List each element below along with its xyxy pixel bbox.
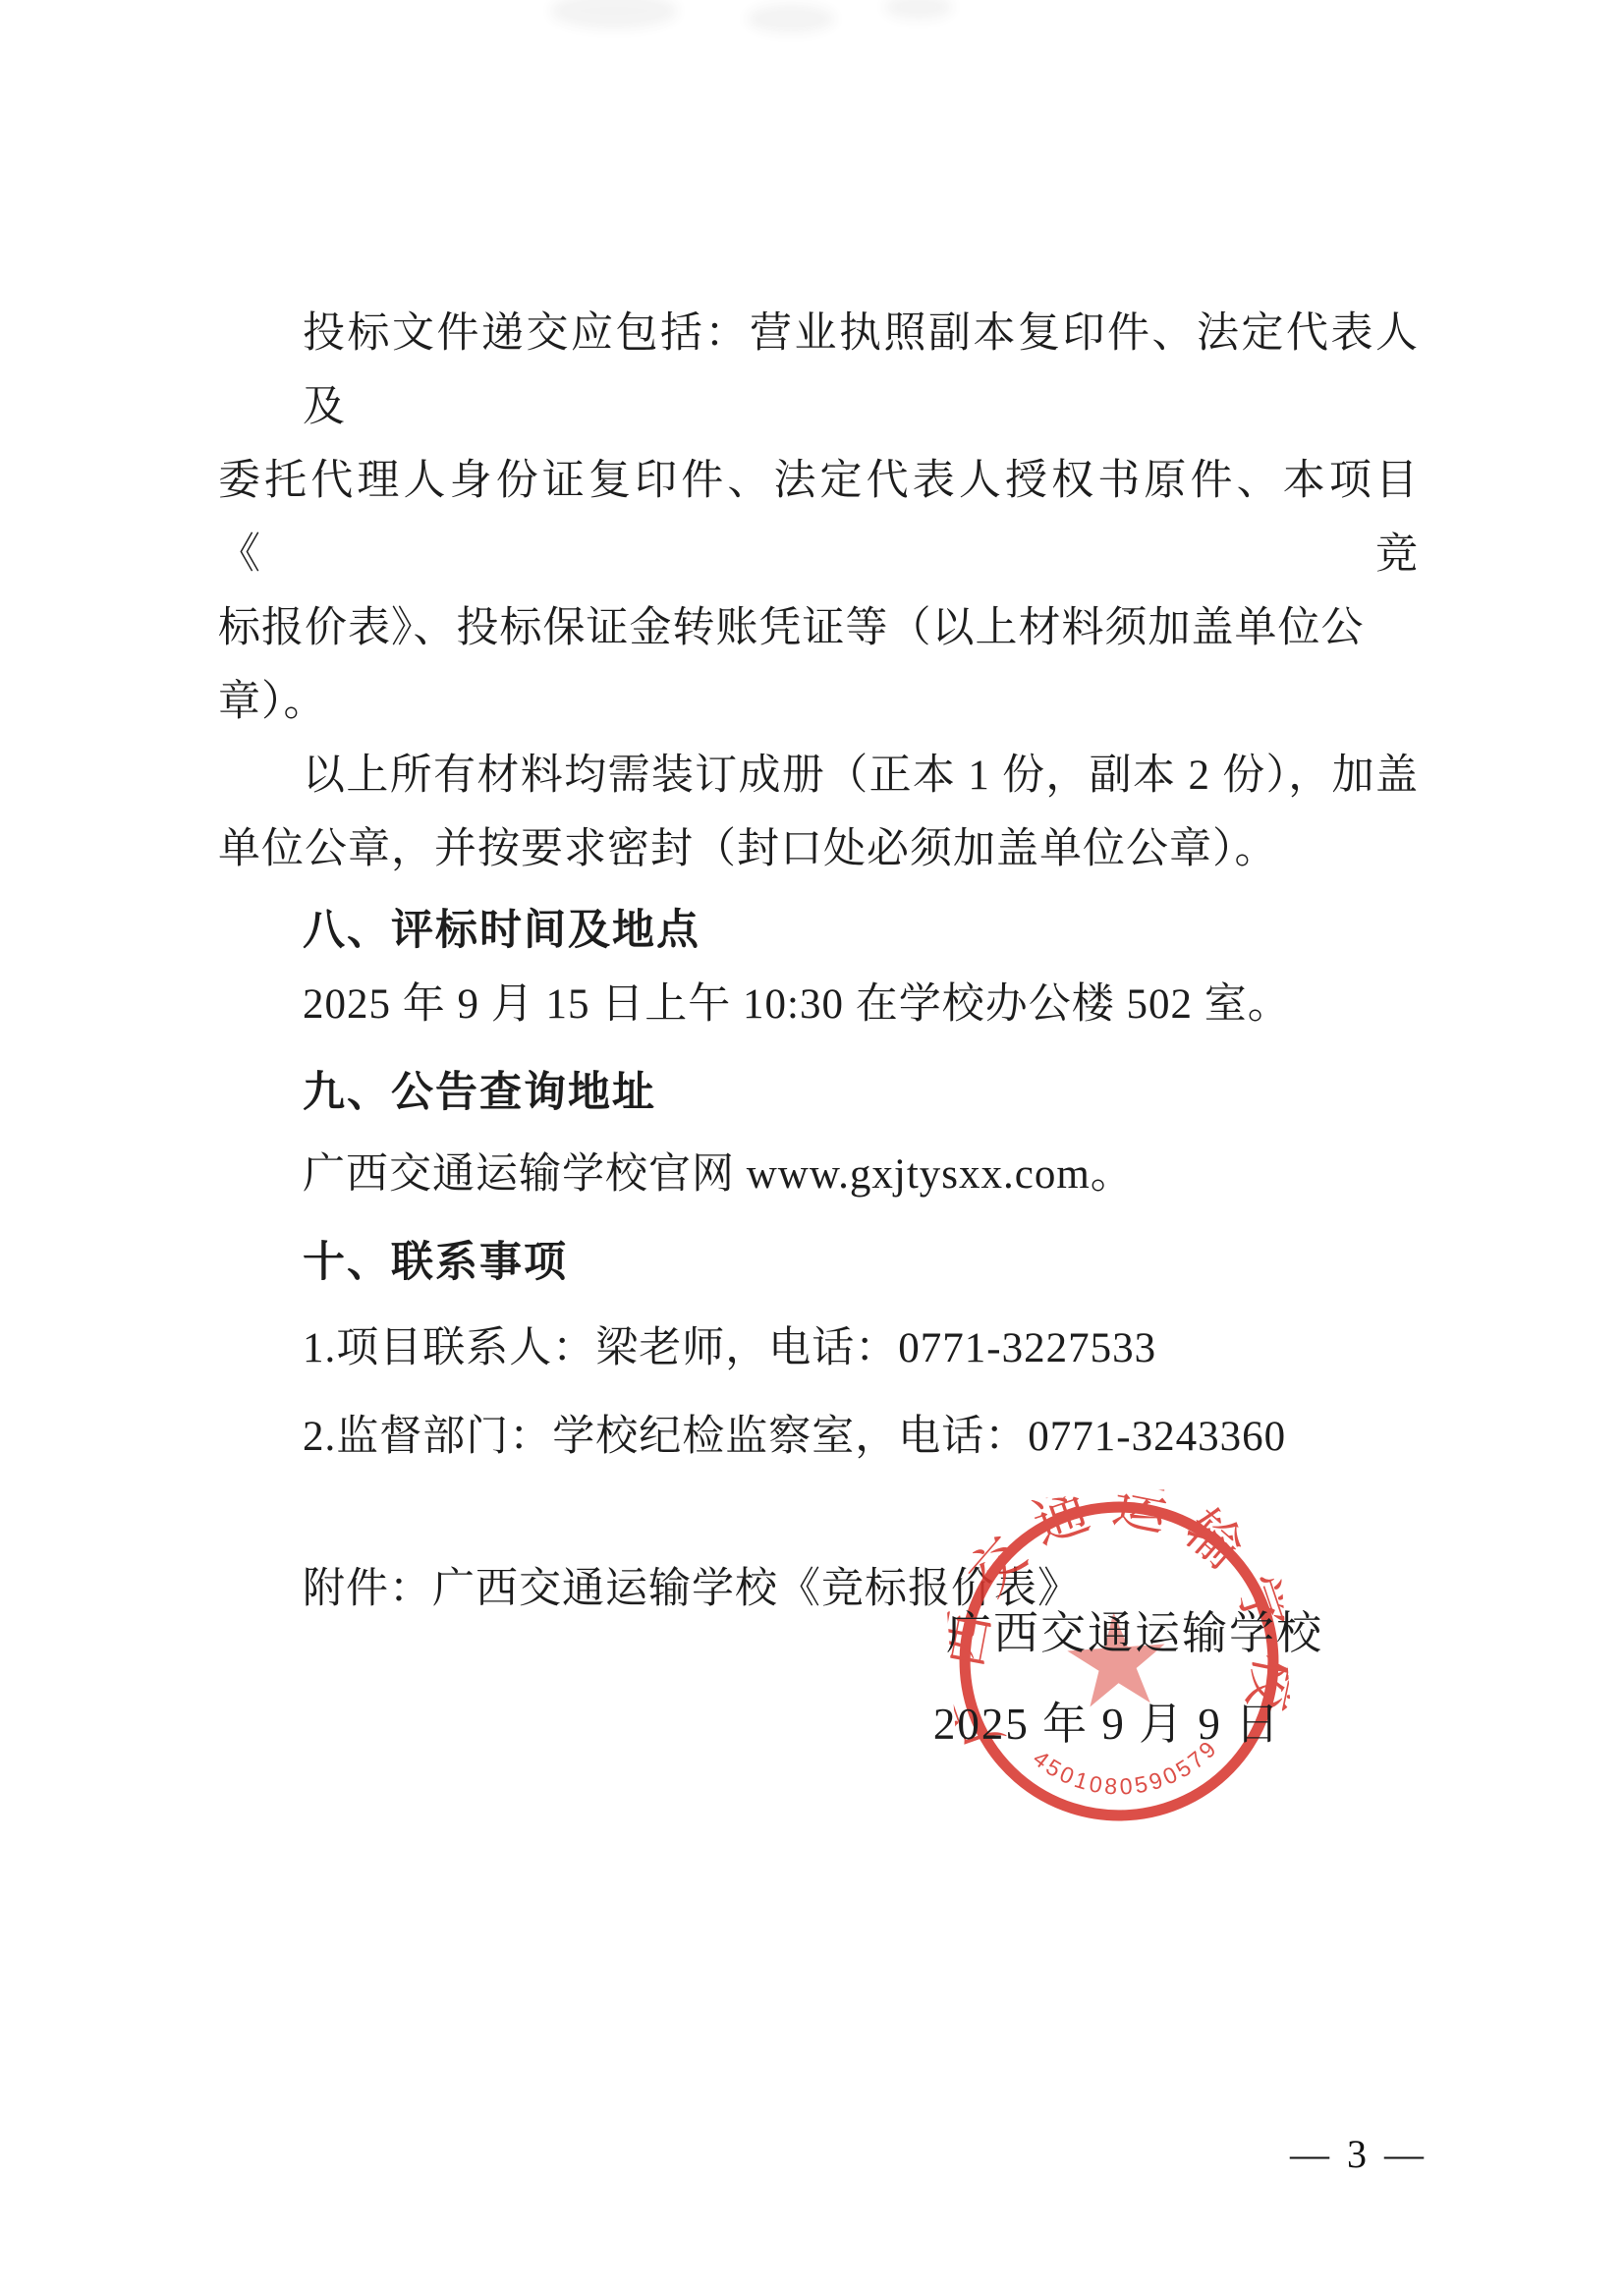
section-9-body: 广西交通运输学校官网 www.gxjtysxx.com。	[218, 1138, 1419, 1211]
paragraph-2-line-1: 以上所有材料均需装订成册（正本 1 份，副本 2 份），加盖	[218, 739, 1419, 812]
page-number: — 3 —	[1290, 2130, 1428, 2179]
contact-line-1: 1.项目联系人：梁老师，电话：0771-3227533	[218, 1312, 1419, 1385]
contact-line-2: 2.监督部门：学校纪检监察室，电话：0771-3243360	[218, 1400, 1419, 1474]
section-8-heading: 八、评标时间及地点	[218, 894, 1419, 968]
signature-date: 2025 年 9 月 9 日	[857, 1695, 1358, 1754]
paragraph-2-line-2: 单位公章，并按要求密封（封口处必须加盖单位公章）。	[218, 812, 1419, 886]
scan-artifact	[884, 0, 953, 20]
paragraph-1-line-2: 委托代理人身份证复印件、法定代表人授权书原件、本项目《竞	[218, 444, 1419, 591]
scan-artifact	[747, 4, 835, 33]
section-8-body: 2025 年 9 月 15 日上午 10:30 在学校办公楼 502 室。	[218, 968, 1419, 1041]
document-body: 投标文件递交应包括：营业执照副本复印件、法定代表人及 委托代理人身份证复印件、法…	[218, 297, 1419, 1626]
paragraph-1-line-1: 投标文件递交应包括：营业执照副本复印件、法定代表人及	[218, 297, 1419, 444]
paragraph-1-line-3: 标报价表》、投标保证金转账凭证等（以上材料须加盖单位公章）。	[218, 591, 1419, 739]
signature-block: 广西交通运输学校 2025 年 9 月 9 日	[884, 1604, 1385, 1754]
signature-organization: 广西交通运输学校	[884, 1604, 1385, 1663]
document-page: 投标文件递交应包括：营业执照副本复印件、法定代表人及 委托代理人身份证复印件、法…	[0, 0, 1624, 2290]
scan-artifact	[550, 0, 678, 29]
section-10-heading: 十、联系事项	[218, 1226, 1419, 1300]
section-9-heading: 九、公告查询地址	[218, 1056, 1419, 1130]
